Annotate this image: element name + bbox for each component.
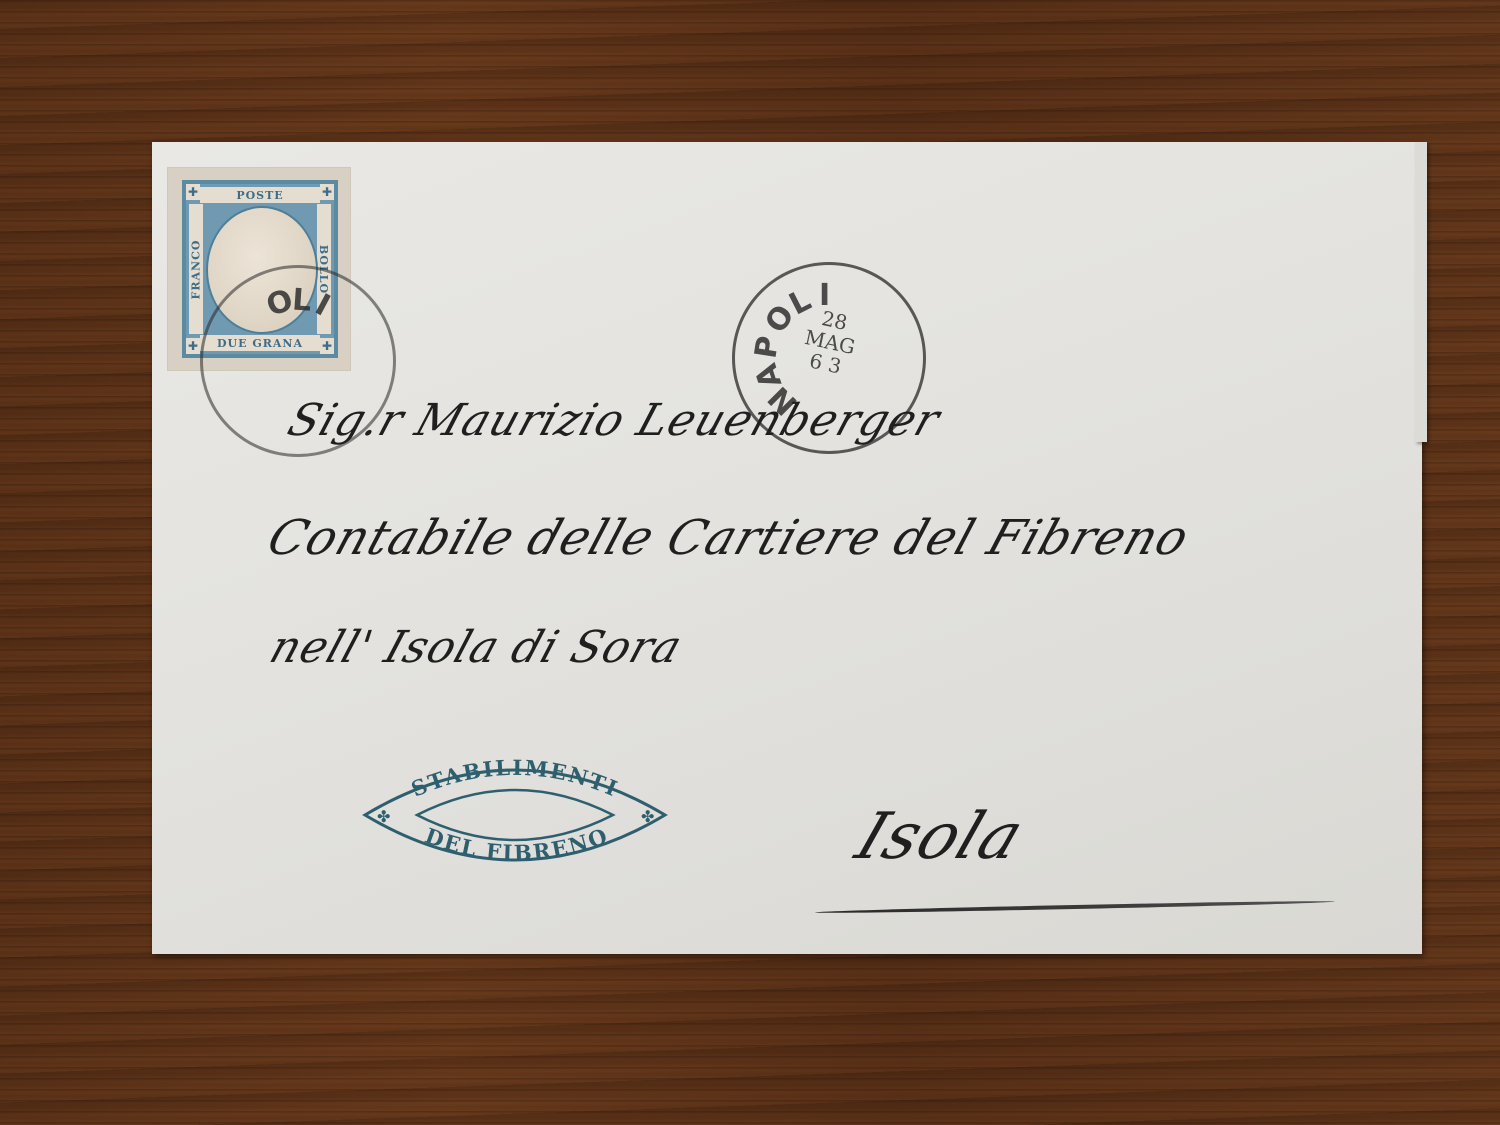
postmark-letter: L [291, 282, 313, 318]
postmark-date: 28 MAG 6 3 [789, 302, 871, 381]
address-line-location: nell' Isola di Sora [264, 622, 689, 673]
cachet-seal-icon: STABILIMENTI DEL FIBRENO ✤ ✤ [355, 745, 675, 885]
postmark-letter: P [748, 334, 786, 361]
svg-text:✤: ✤ [641, 807, 654, 826]
stamp-cross-icon: ✚ [320, 184, 334, 200]
stamp-top-label: POSTE [200, 187, 320, 203]
address-destination: Isola [847, 800, 1034, 874]
stamp-cross-icon: ✚ [186, 338, 200, 354]
stamp-cross-icon: ✚ [186, 184, 200, 200]
address-line-recipient: Sig.r Maurizio Leuenberger [282, 395, 947, 446]
svg-text:✤: ✤ [377, 807, 390, 826]
stamp-left-label: FRANCO [189, 204, 203, 334]
cover-fold-edge [1415, 142, 1427, 442]
company-cachet: STABILIMENTI DEL FIBRENO ✤ ✤ [355, 745, 675, 885]
address-line-title: Contabile delle Cartiere del Fibreno [261, 510, 1196, 566]
svg-text:STABILIMENTI: STABILIMENTI [408, 755, 623, 802]
postmark-letter: I [309, 287, 335, 323]
